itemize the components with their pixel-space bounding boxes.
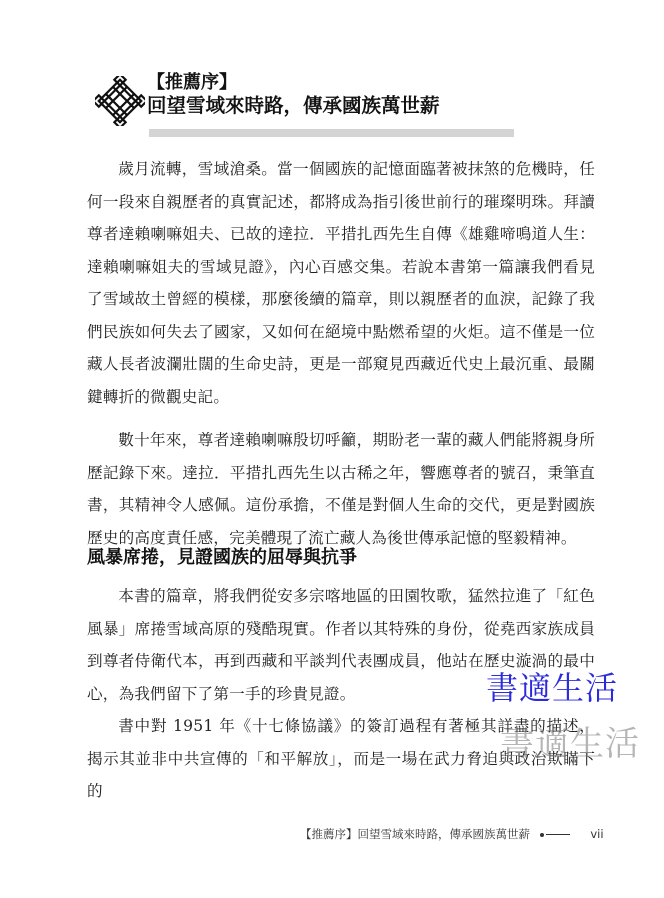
endless-knot-icon (95, 76, 145, 126)
footer-rule (546, 834, 570, 835)
running-title: 【推薦序】回望雪域來時路，傳承國族萬世薪 (300, 827, 530, 841)
chapter-title: 回望雪域來時路，傳承國族萬世薪 (147, 94, 440, 118)
chapter-kicker: 【推薦序】 (147, 72, 440, 94)
watermark-gray: 書適生活 (500, 722, 640, 766)
body-paragraph: 數十年來，尊者達賴喇嘛殷切呼籲，期盼老一輩的藏人們能將親身所歷記錄下來。達拉．平… (87, 424, 595, 554)
page-footer: 【推薦序】回望雪域來時路，傳承國族萬世薪 vii (300, 826, 604, 842)
section-heading: 風暴席捲，見證國族的屈辱與抗爭 (87, 546, 357, 570)
header-divider (149, 129, 514, 137)
footer-dot (540, 833, 544, 837)
body-paragraph: 歲月流轉，雪域滄桑。當一個國族的記憶面臨著被抹煞的危機時，任何一段來自親歷者的真… (87, 153, 595, 413)
watermark-blue: 書適生活 (486, 668, 618, 708)
page-number: vii (590, 827, 603, 841)
